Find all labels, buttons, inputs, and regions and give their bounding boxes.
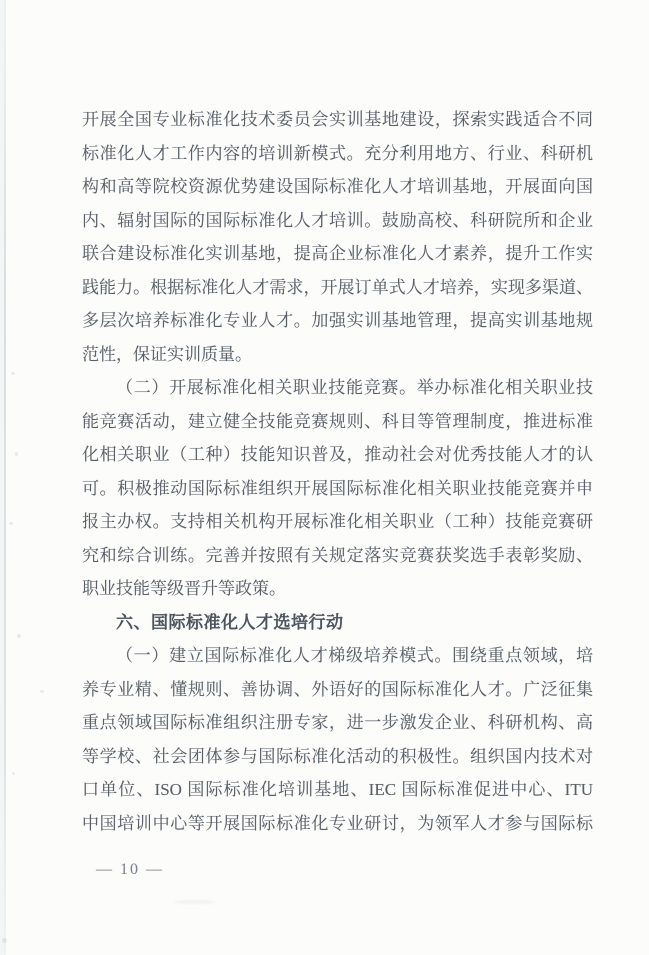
page-number-label: — 10 — <box>96 861 164 878</box>
document-page: 开展全国专业标准化技术委员会实训基地建设，探索实践适合不同 标准化人才工作内容的… <box>0 0 649 955</box>
text-line: 化相关职业（工种）技能知识普及，推动社会对优秀技能人才的认 <box>82 438 593 472</box>
scan-artifact <box>2 938 7 943</box>
text-line: 践能力。根据标准化人才需求，开展订单式人才培养，实现多渠道、 <box>82 271 593 305</box>
scan-artifact <box>11 372 15 375</box>
text-line: 构和高等院校资源优势建设国际标准化人才培训基地，开展面向国 <box>82 170 593 204</box>
scan-artifact <box>9 522 13 525</box>
text-line: 养专业精、懂规则、善协调、外语好的国际标准化人才。广泛征集 <box>82 673 593 707</box>
text-line: 报主办权。支持相关机构开展标准化相关职业（工种）技能竞赛研 <box>82 505 593 539</box>
document-body: 开展全国专业标准化技术委员会实训基地建设，探索实践适合不同 标准化人才工作内容的… <box>82 103 593 840</box>
text-line: 联合建设标准化实训基地，提高企业标准化人才素养，提升工作实 <box>82 237 593 271</box>
text-line: 可。积极推动国际标准组织开展国际标准化相关职业技能竞赛并申 <box>82 472 593 506</box>
text-line: 重点领域国际标准组织注册专家，进一步激发企业、科研机构、高 <box>82 706 593 740</box>
scan-artifact <box>40 690 44 693</box>
scan-artifact <box>12 772 15 775</box>
text-line: 开展全国专业标准化技术委员会实训基地建设，探索实践适合不同 <box>82 103 593 137</box>
text-line: 多层次培养标准化专业人才。加强实训基地管理，提高实训基地规 <box>82 304 593 338</box>
text-line: 标准化人才工作内容的培训新模式。充分利用地方、行业、科研机 <box>82 137 593 171</box>
section-heading: 六、国际标准化人才选培行动 <box>82 606 593 640</box>
page-number: — 10 — <box>96 858 164 882</box>
text-line: 能竞赛活动，建立健全技能竞赛规则、科目等管理制度，推进标准 <box>82 405 593 439</box>
scan-artifact <box>17 634 21 638</box>
text-line: 究和综合训练。完善并按照有关规定落实竞赛获奖选手表彰奖励、 <box>82 539 593 573</box>
scan-artifact <box>175 900 215 904</box>
text-line: 口单位、ISO 国际标准化培训基地、IEC 国际标准促进中心、ITU <box>82 773 593 807</box>
scan-artifact <box>15 452 18 456</box>
text-line: （一）建立国际标准化人才梯级培养模式。围绕重点领域，培 <box>82 639 593 673</box>
text-line: 中国培训中心等开展国际标准化专业研讨，为领军人才参与国际标 <box>82 807 593 841</box>
text-line: 内、辐射国际的国际标准化人才培训。鼓励高校、科研院所和企业 <box>82 204 593 238</box>
text-line: 等学校、社会团体参与国际标准化活动的积极性。组织国内技术对 <box>82 740 593 774</box>
scan-edge-line <box>4 0 6 955</box>
text-line: 范性，保证实训质量。 <box>82 338 593 372</box>
text-line: （二）开展标准化相关职业技能竞赛。举办标准化相关职业技 <box>82 371 593 405</box>
text-line: 职业技能等级晋升等政策。 <box>82 572 593 606</box>
